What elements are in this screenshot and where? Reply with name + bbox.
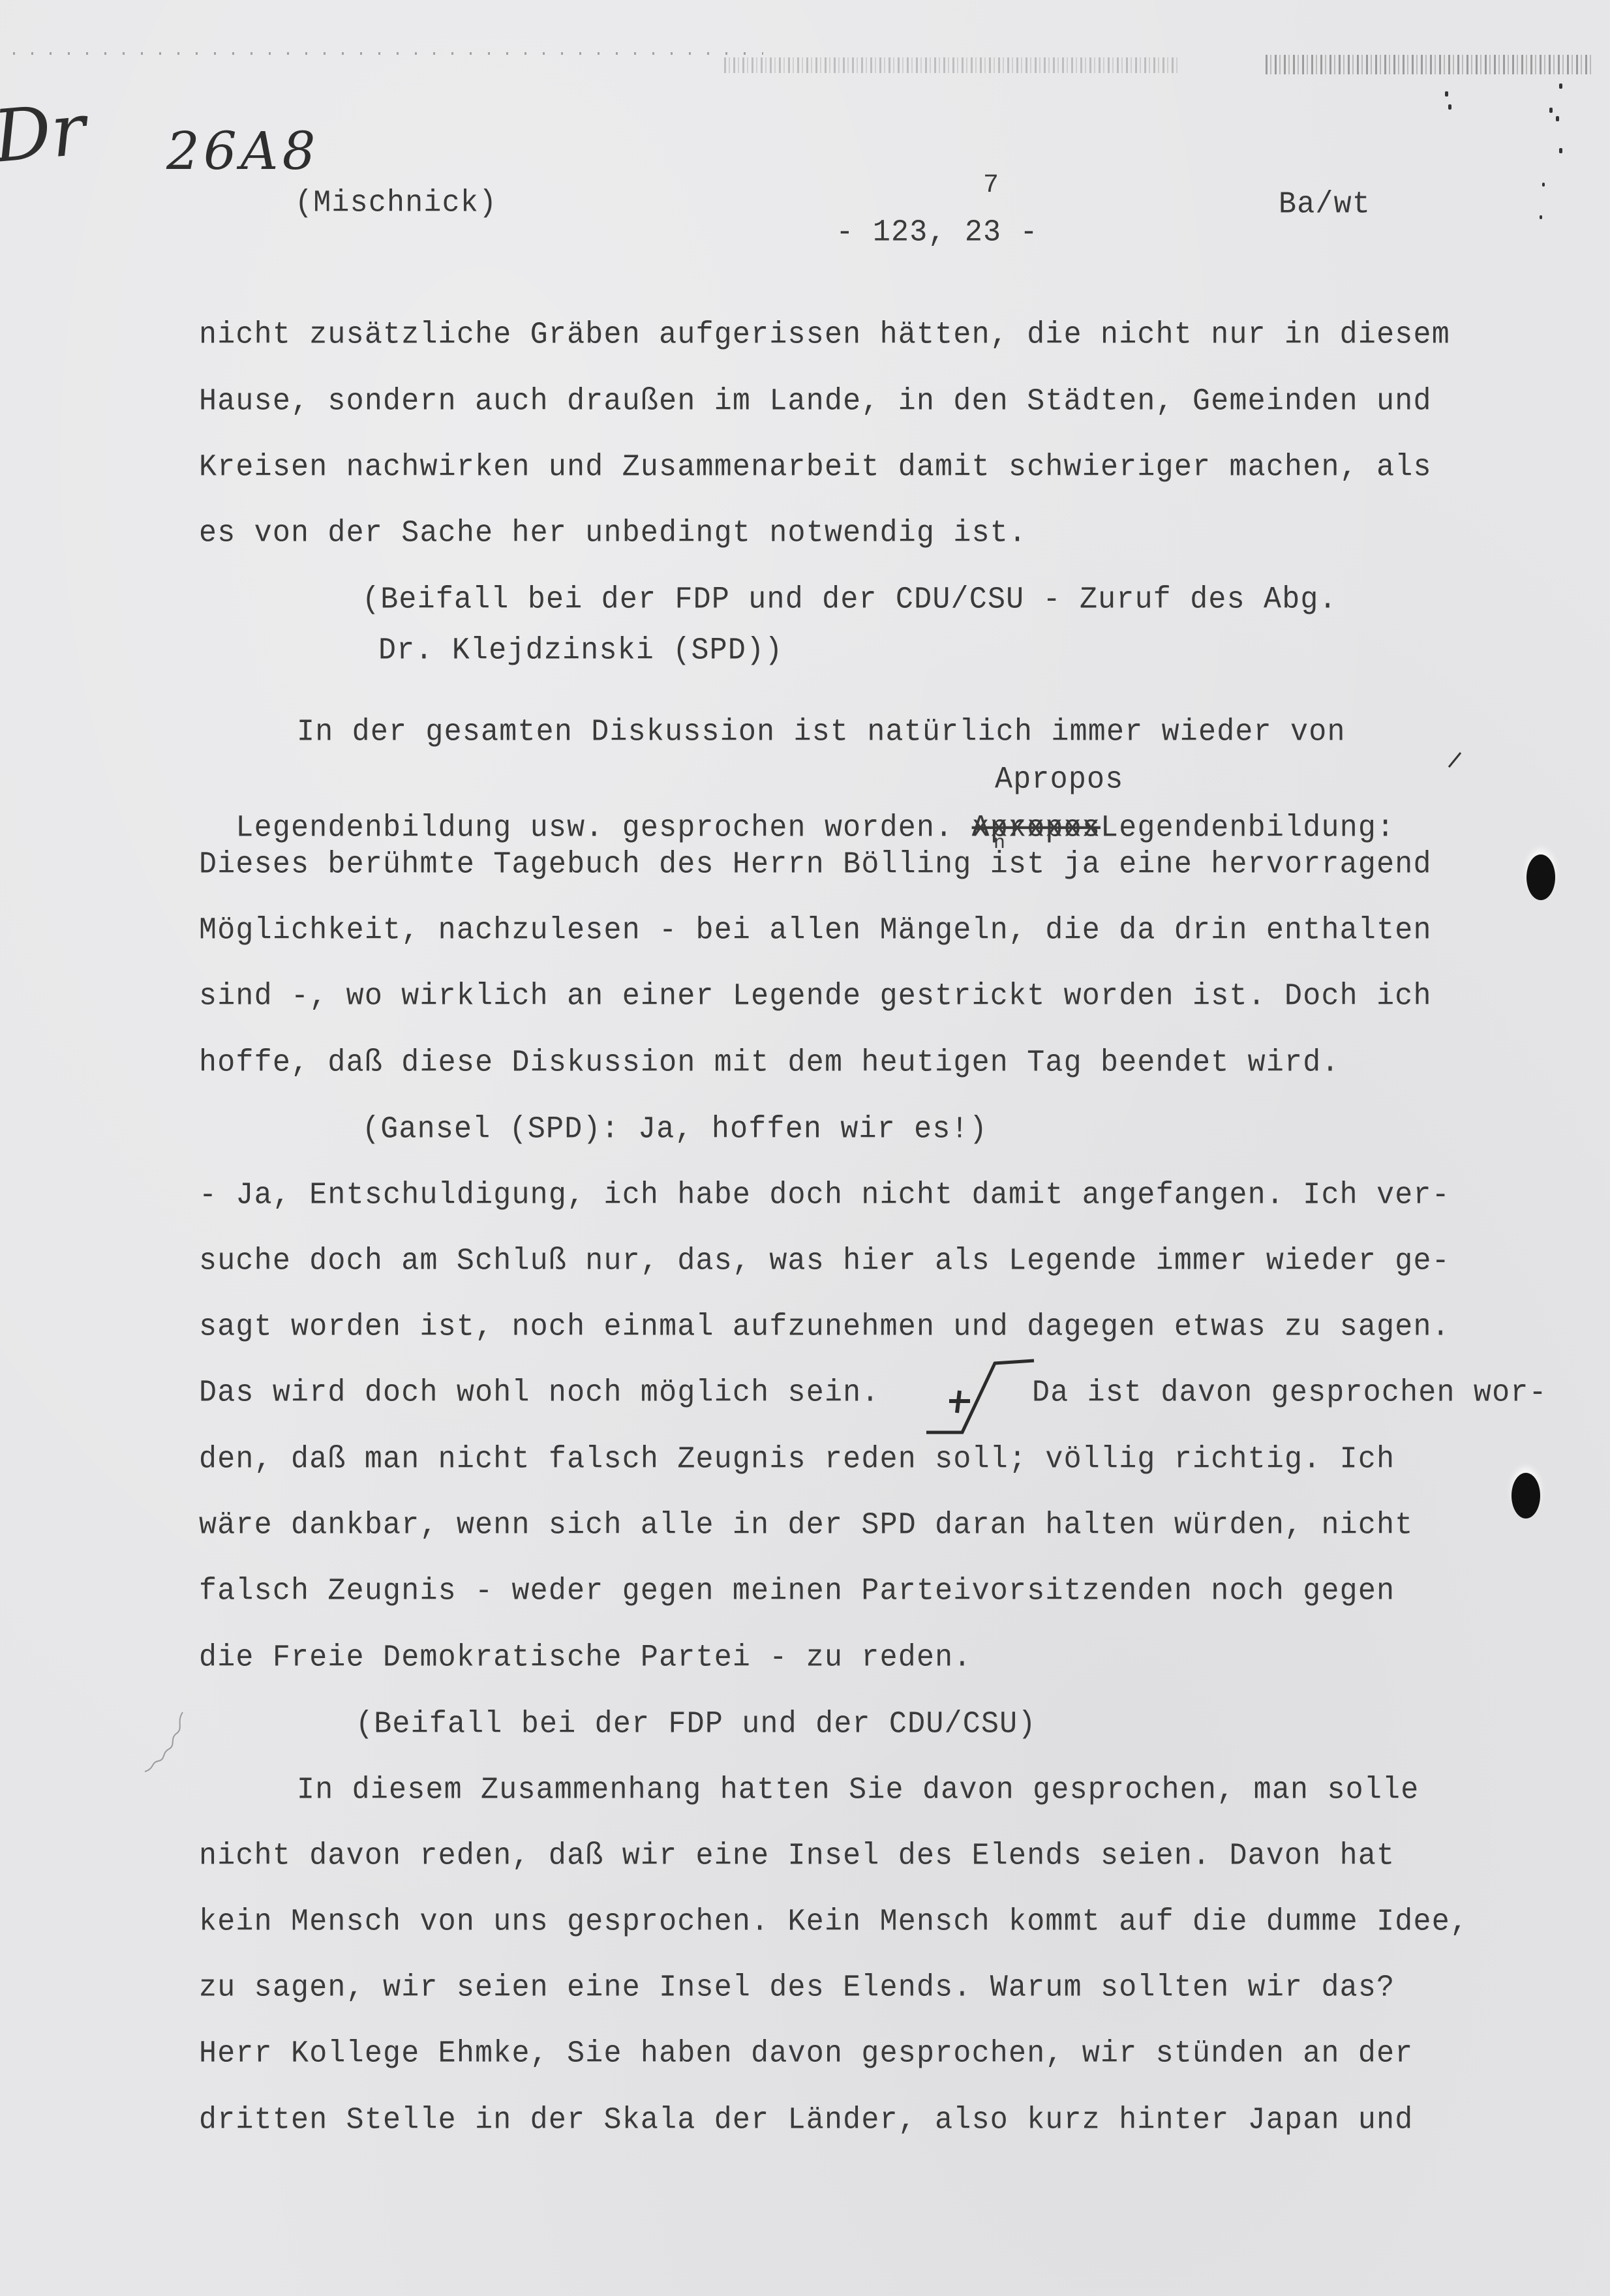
- staple-mark: [1540, 215, 1542, 219]
- body-line: Dieses berühmte Tagebuch des Herrn Bölli…: [199, 849, 1432, 880]
- interjection-applause: (Beifall bei der FDP und der CDU/CSU - Z…: [362, 584, 1337, 615]
- interjection-gansel: (Gansel (SPD): Ja, hoffen wir es!): [362, 1114, 988, 1145]
- body-line: Möglichkeit, nachzulesen - bei allen Män…: [199, 915, 1432, 946]
- body-line: Da ist davon gesprochen wor-: [1032, 1378, 1547, 1408]
- body-line: In der gesamten Diskussion ist natürlich…: [297, 717, 1346, 748]
- scan-artifact-noise-dense: [1266, 55, 1592, 74]
- strike-overtype: xxxxxxx: [972, 813, 1101, 843]
- body-line: die Freie Demokratische Partei - zu rede…: [199, 1642, 972, 1673]
- staple-mark: [1542, 183, 1545, 187]
- interjection-applause: (Beifall bei der FDP und der CDU/CSU): [356, 1709, 1037, 1740]
- header-speaker: (Mischnick): [295, 188, 497, 219]
- body-line: Kreisen nachwirken und Zusammenarbeit da…: [199, 452, 1432, 483]
- body-line: es von der Sache her unbedingt notwendig…: [199, 518, 1027, 549]
- header-page-number: - 123, 23 -: [799, 187, 1039, 249]
- paragraph-insertion-mark: [923, 1357, 1047, 1435]
- pencil-scribble: [137, 1709, 189, 1774]
- margin-tick-mark: [1445, 750, 1465, 770]
- body-line: dritten Stelle in der Skala der Länder, …: [199, 2105, 1414, 2136]
- body-text: Legendenbildung usw. gesprochen worden.: [235, 811, 971, 846]
- body-line: den, daß man nicht falsch Zeugnis reden …: [199, 1444, 1395, 1475]
- body-line: Das wird doch wohl noch möglich sein.: [199, 1378, 880, 1408]
- punch-hole: [1511, 1473, 1540, 1518]
- scan-artifact-dots: [13, 52, 763, 55]
- body-line-with-correction: Legendenbildung usw. gesprochen worden. …: [199, 782, 1395, 844]
- body-line: suche doch am Schluß nur, das, was hier …: [199, 1246, 1450, 1276]
- staple-mark: [1549, 108, 1553, 113]
- struck-word: Aproposxxxxxxx: [972, 813, 1101, 843]
- body-line: nicht zusätzliche Gräben aufgerissen hät…: [199, 320, 1450, 350]
- scan-artifact-noise: [724, 57, 1181, 73]
- header-typist: Ba/wt: [1279, 189, 1371, 220]
- page-number-superscript: 7: [983, 171, 999, 200]
- body-line: nicht davon reden, daß wir eine Insel de…: [199, 1841, 1395, 1871]
- margin-initials: Dr: [0, 87, 89, 179]
- body-line: sind -, wo wirklich an einer Legende ges…: [199, 981, 1432, 1012]
- interjection-applause-cont: Dr. Klejdzinski (SPD)): [378, 635, 783, 666]
- body-line: In diesem Zusammenhang hatten Sie davon …: [297, 1775, 1419, 1805]
- archive-number: 26A8: [166, 121, 319, 181]
- body-line: kein Mensch von uns gesprochen. Kein Men…: [199, 1907, 1468, 1937]
- body-line: zu sagen, wir seien eine Insel des Elend…: [199, 1972, 1395, 2003]
- body-text: Legendenbildung:: [1101, 811, 1395, 846]
- body-line: - Ja, Entschuldigung, ich habe doch nich…: [199, 1180, 1450, 1211]
- body-line: hoffe, daß diese Diskussion mit dem heut…: [199, 1048, 1340, 1078]
- page-number-text: - 123, 23: [836, 215, 1001, 250]
- staple-mark: [1556, 116, 1559, 121]
- staple-mark: [1445, 91, 1448, 97]
- body-line: Herr Kollege Ehmke, Sie haben davon gesp…: [199, 2038, 1414, 2069]
- punch-hole: [1526, 854, 1555, 900]
- staple-mark: [1448, 104, 1451, 110]
- body-line: wäre dankbar, wenn sich alle in der SPD …: [199, 1510, 1414, 1541]
- body-line: sagt worden ist, noch einmal aufzunehmen…: [199, 1312, 1450, 1342]
- body-line: falsch Zeugnis - weder gegen meinen Part…: [199, 1576, 1395, 1607]
- page-number-suffix: -: [1001, 215, 1038, 250]
- handwritten-correction-n: n: [994, 832, 1005, 854]
- staple-mark: [1559, 83, 1562, 89]
- staple-mark: [1559, 148, 1562, 153]
- body-line: Hause, sondern auch draußen im Lande, in…: [199, 386, 1432, 417]
